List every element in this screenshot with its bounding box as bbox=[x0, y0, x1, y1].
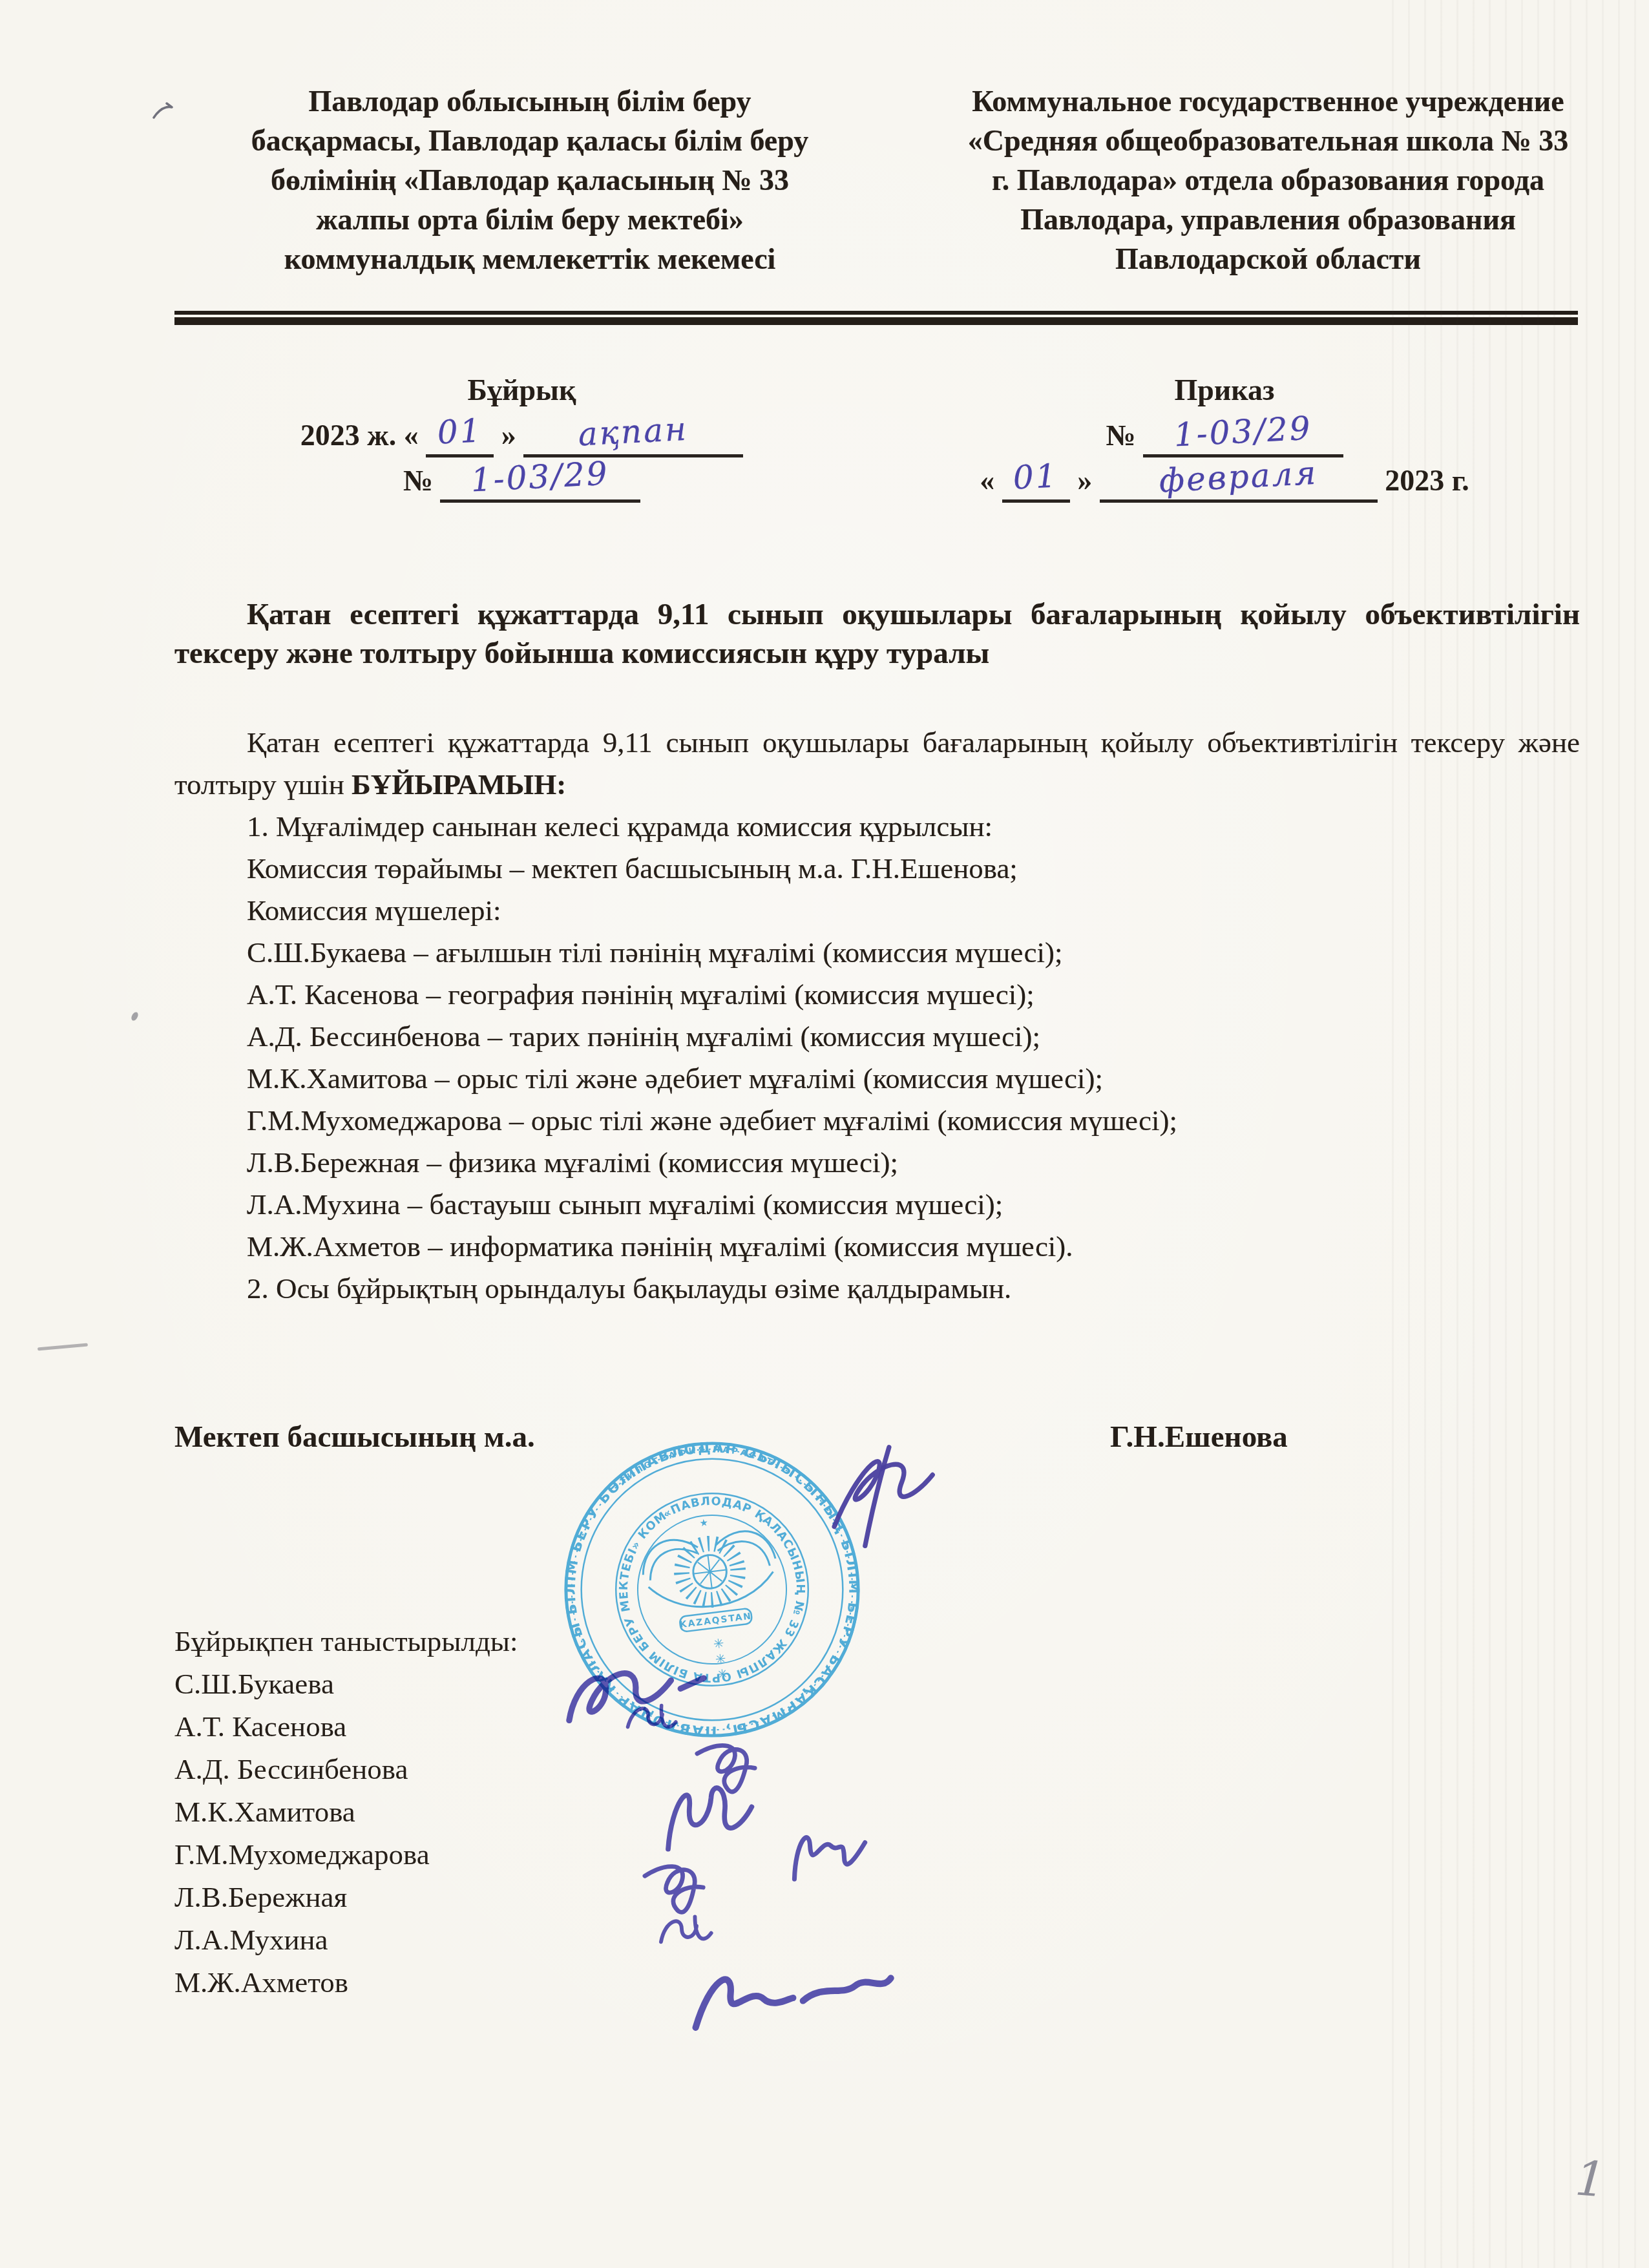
order-title-kk: Бұйрық bbox=[174, 368, 869, 413]
acknowledgement-title: Бұйрықпен таныстырылды: bbox=[174, 1620, 1580, 1663]
acknowledgement-name: М.К.Хамитова bbox=[174, 1796, 355, 1828]
order-quote-close-kk: » bbox=[501, 419, 516, 452]
handwritten-month-ru: февраля bbox=[1158, 454, 1318, 500]
letterhead-kazakh: Павлодар облысының білім беру басқармасы… bbox=[246, 81, 814, 278]
order-block-russian: Приказ № 1-03/29 « 01 » февраля 2023 г. bbox=[869, 368, 1580, 503]
letterhead-russian: Коммунальное государственное учреждение … bbox=[956, 81, 1580, 278]
acknowledgement-row: Г.М.Мухомеджарова bbox=[174, 1833, 1580, 1876]
order-item: Г.М.Мухомеджарова – орыс тілі және әдеби… bbox=[174, 1100, 1580, 1142]
handwritten-day-ru: 01 bbox=[1013, 457, 1060, 497]
acknowledgement-row: Л.А.Мухина bbox=[174, 1918, 1580, 1961]
handwritten-day-kk: 01 bbox=[436, 412, 483, 452]
order-date-line-kk: 2023 ж. « 01 » ақпан bbox=[174, 413, 869, 458]
svg-text:✳: ✳ bbox=[716, 1666, 728, 1683]
order-number-line-ru: № 1-03/29 bbox=[869, 413, 1580, 458]
order-header: Бұйрық 2023 ж. « 01 » ақпан № 1-03/29 Пр… bbox=[174, 368, 1580, 503]
order-number-line-kk: № 1-03/29 bbox=[174, 458, 869, 503]
order-item: Л.А.Мухина – бастауыш сынып мұғалімі (ко… bbox=[174, 1184, 1580, 1226]
acknowledgement-name: С.Ш.Букаева bbox=[174, 1668, 334, 1700]
acknowledgement-name: Л.В.Бережная bbox=[174, 1881, 347, 1913]
signature-scribble bbox=[683, 1948, 899, 2054]
order-subject: Қатан есептегі құжаттарда 9,11 сынып оқу… bbox=[174, 595, 1580, 673]
order-item: Л.В.Бережная – физика мұғалімі (комиссия… bbox=[174, 1142, 1580, 1184]
order-year-suffix-ru: 2023 г. bbox=[1385, 464, 1469, 497]
order-item: М.К.Хамитова – орыс тілі және әдебиет мұ… bbox=[174, 1058, 1580, 1100]
pencil-dash-mark bbox=[37, 1343, 88, 1351]
letterhead: Павлодар облысының білім беру басқармасы… bbox=[174, 81, 1580, 278]
signatory-name: Г.Н.Ешенова bbox=[1110, 1420, 1288, 1454]
acknowledgement-row: Л.В.Бережная bbox=[174, 1876, 1580, 1918]
order-item: 1. Мұғалімдер санынан келесі құрамда ком… bbox=[174, 806, 1580, 848]
acknowledgement-name: Л.А.Мухина bbox=[174, 1924, 328, 1956]
order-block-kazakh: Бұйрық 2023 ж. « 01 » ақпан № 1-03/29 bbox=[174, 368, 869, 503]
stamp-top-star: ★ bbox=[699, 1518, 709, 1529]
separator-double-line bbox=[174, 311, 1578, 325]
order-day-field-ru: 01 bbox=[1002, 461, 1070, 503]
acknowledgement-row: М.К.Хамитова bbox=[174, 1790, 1580, 1833]
order-date-line-ru: « 01 » февраля 2023 г. bbox=[869, 458, 1580, 503]
order-quote-open-ru: « bbox=[980, 464, 994, 497]
document-page: Павлодар облысының білім беру басқармасы… bbox=[0, 0, 1649, 2268]
intro-decree-word: БҰЙЫРАМЫН: bbox=[352, 768, 566, 801]
svg-text:✳: ✳ bbox=[715, 1651, 727, 1667]
handwritten-number-kk: 1-03/29 bbox=[470, 454, 611, 499]
acknowledgement-name: А.Д. Бессинбенова bbox=[174, 1753, 408, 1785]
page-number: 1 bbox=[1573, 2150, 1608, 2208]
order-title-ru: Приказ bbox=[869, 368, 1580, 413]
acknowledgement-row: М.Ж.Ахметов bbox=[174, 1961, 1580, 2004]
order-year-prefix-kk: 2023 ж. « bbox=[300, 419, 419, 452]
order-number-field-ru: 1-03/29 bbox=[1143, 415, 1343, 457]
acknowledgement-name: А.Т. Касенова bbox=[174, 1710, 346, 1743]
order-item: С.Ш.Букаева – ағылшын тілі пәнінің мұғал… bbox=[174, 932, 1580, 974]
order-month-field-kk: ақпан bbox=[523, 415, 743, 457]
order-item: А.Д. Бессинбенова – тарих пәнінің мұғалі… bbox=[174, 1016, 1580, 1058]
order-number-label-kk: № bbox=[403, 464, 433, 497]
order-item: Комиссия төрайымы – мектеп басшысының м.… bbox=[174, 848, 1580, 890]
order-day-field-kk: 01 bbox=[426, 415, 494, 457]
order-quote-close-ru: » bbox=[1077, 464, 1092, 497]
order-item: М.Ж.Ахметов – информатика пәнінің мұғалі… bbox=[174, 1226, 1580, 1268]
handwritten-month-kk: ақпан bbox=[578, 410, 689, 454]
order-item: А.Т. Касенова – география пәнінің мұғалі… bbox=[174, 974, 1580, 1016]
order-item: 2. Осы бұйрықтың орындалуы бақылауды өзі… bbox=[174, 1268, 1580, 1310]
acknowledgement-name: М.Ж.Ахметов bbox=[174, 1966, 348, 1999]
order-intro-paragraph: Қатан есептегі құжаттарда 9,11 сынып оқу… bbox=[174, 722, 1580, 806]
director-signature bbox=[815, 1435, 960, 1567]
stamp-emblem: ★ KAZAQSTAN bbox=[637, 1510, 783, 1636]
order-number-label-ru: № bbox=[1106, 419, 1135, 452]
svg-text:✳: ✳ bbox=[713, 1636, 725, 1652]
order-number-field-kk: 1-03/29 bbox=[440, 461, 640, 503]
ink-speck bbox=[131, 1011, 139, 1022]
signatory-role: Мектеп басшысының м.а. bbox=[174, 1420, 535, 1454]
acknowledgement-row: А.Д. Бессинбенова bbox=[174, 1748, 1580, 1790]
order-month-field-ru: февраля bbox=[1100, 461, 1378, 503]
handwritten-number-ru: 1-03/29 bbox=[1173, 409, 1313, 454]
pen-mark bbox=[152, 102, 174, 121]
acknowledgement-name: Г.М.Мухомеджарова bbox=[174, 1838, 430, 1871]
order-item: Комиссия мүшелері: bbox=[174, 890, 1580, 932]
